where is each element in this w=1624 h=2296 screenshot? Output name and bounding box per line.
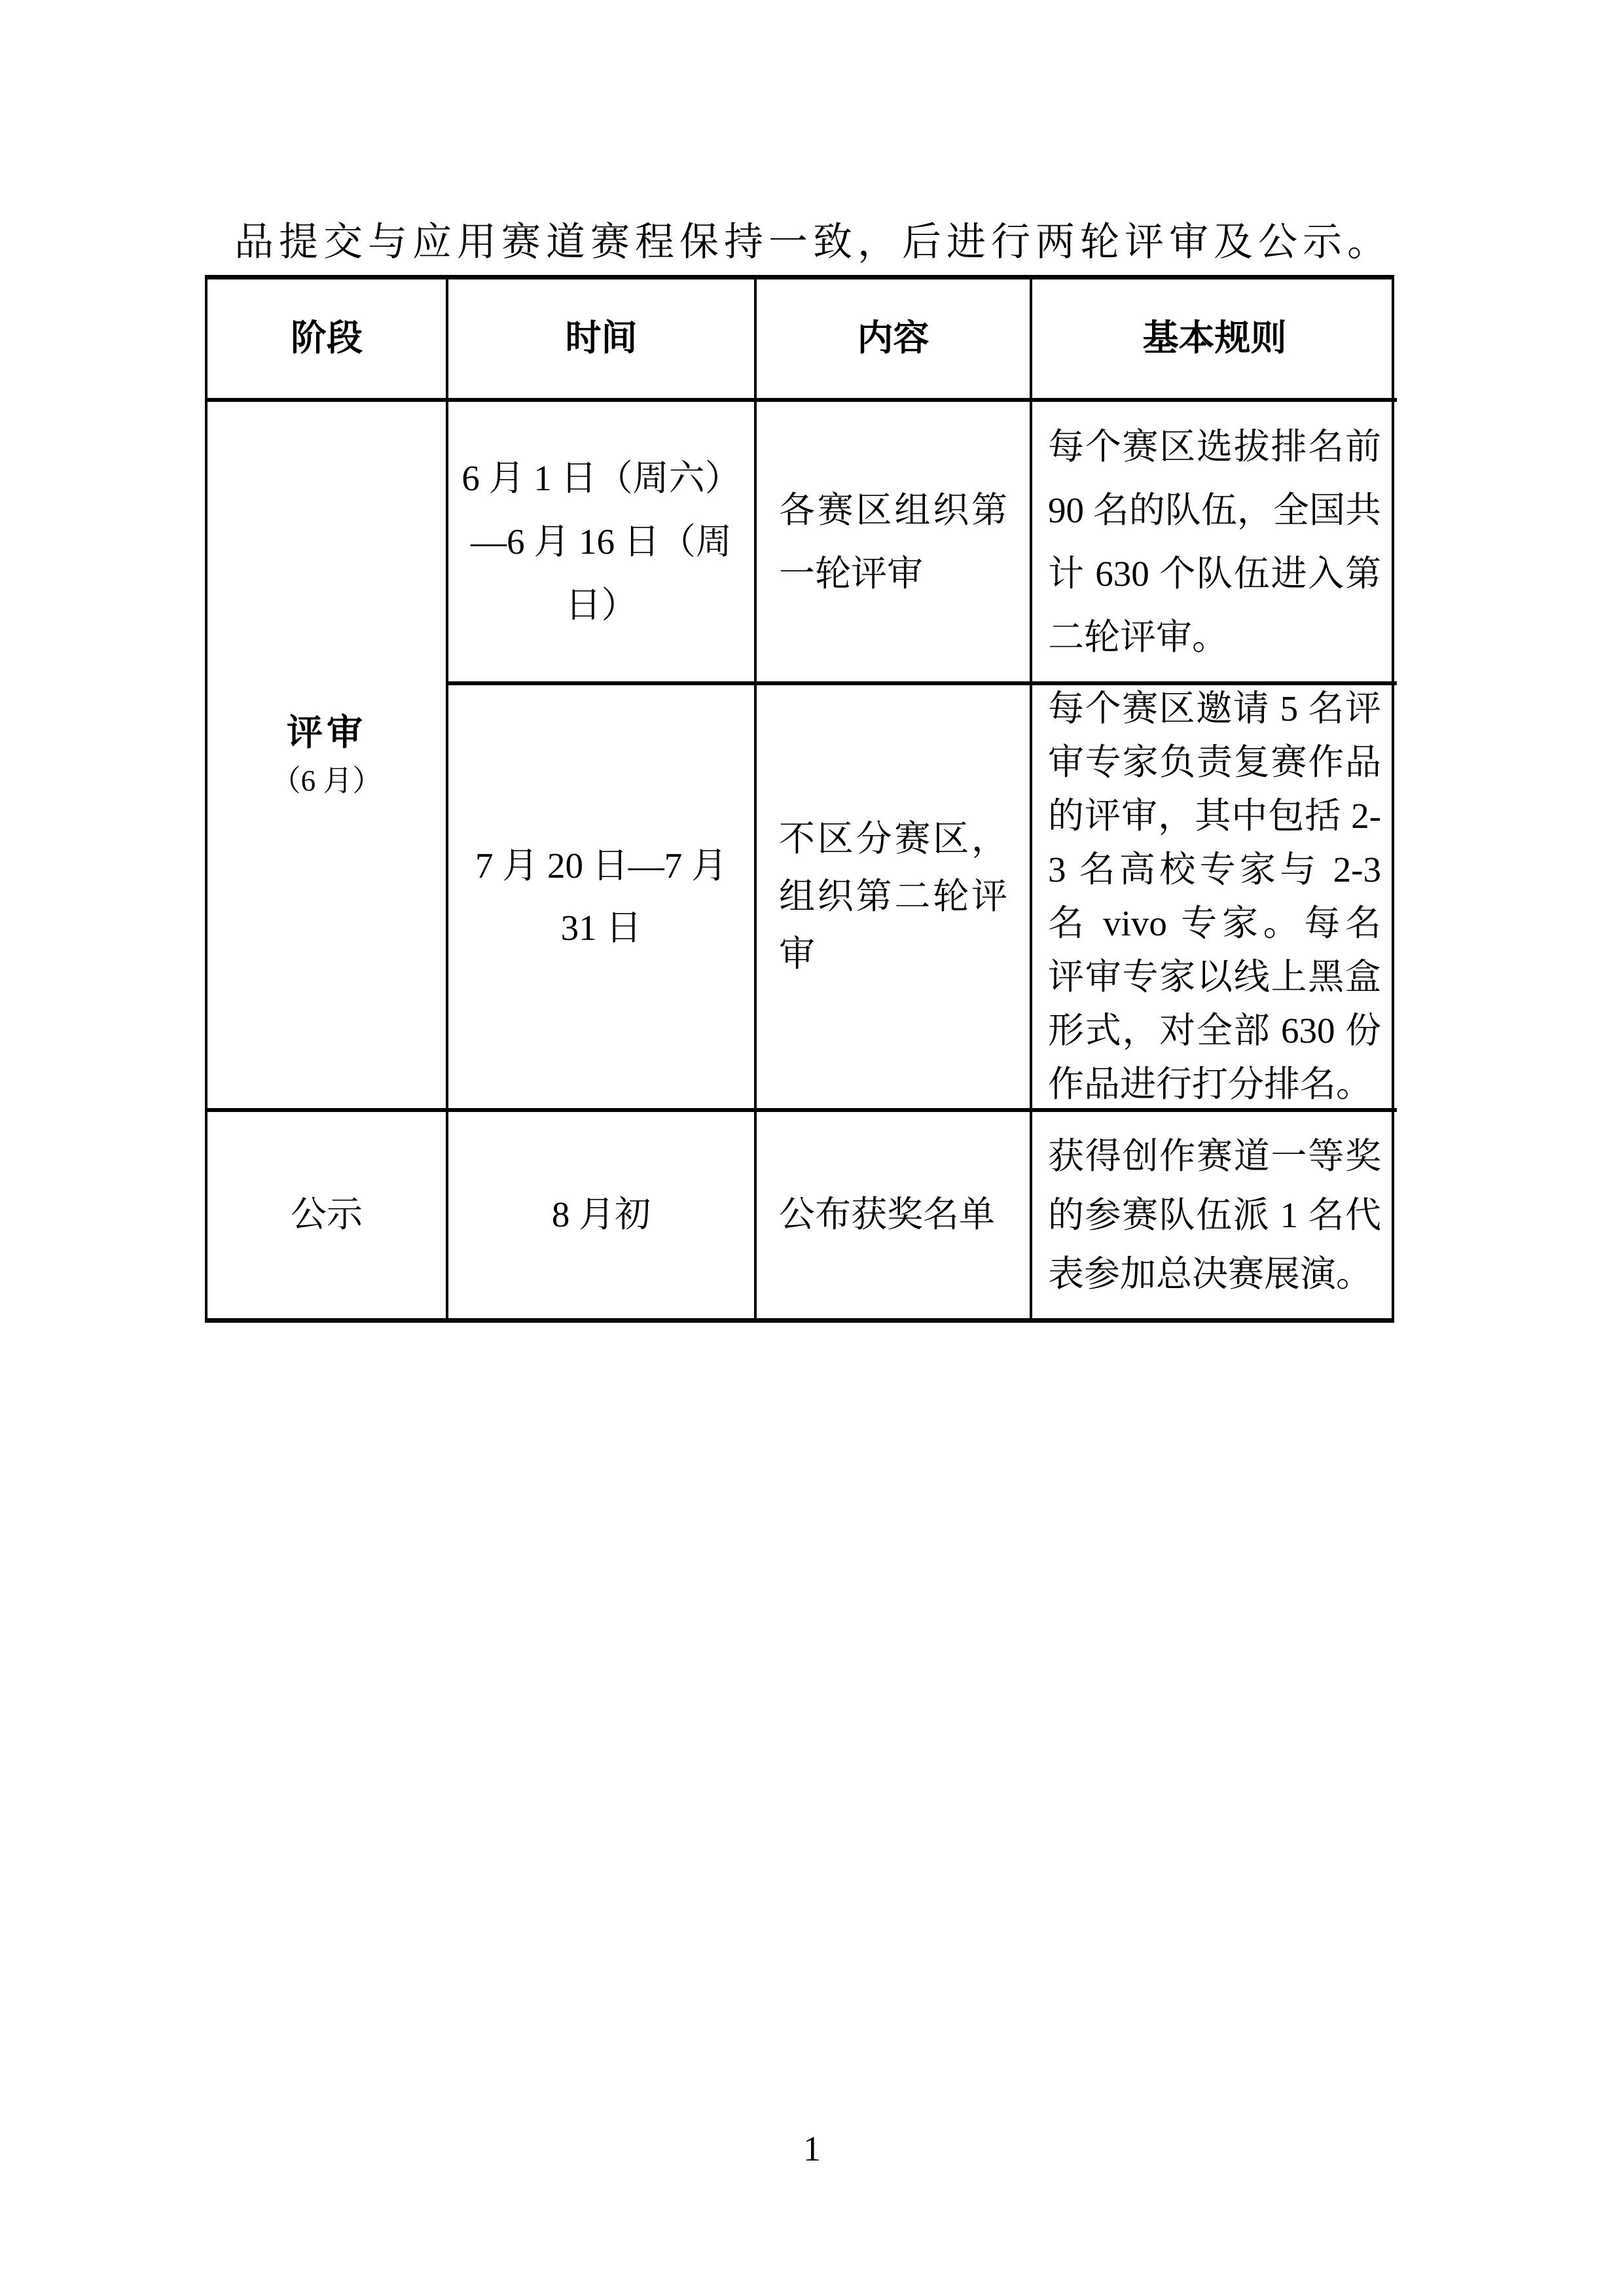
stage-review-label: 评审	[287, 713, 367, 753]
row2-content-cell: 不区分赛区，组织第二轮评审	[757, 685, 1032, 1112]
row3-stage-cell: 公示	[208, 1112, 448, 1318]
intro-text: 品提交与应用赛道赛程保持一致，后进行两轮评审及公示。	[234, 211, 1392, 267]
stage-review-note: （6 月）	[272, 764, 382, 797]
row2-time-cell: 7 月 20 日—7 月 31 日	[448, 685, 757, 1112]
page-number: 1	[0, 2128, 1624, 2169]
document-page: 品提交与应用赛道赛程保持一致，后进行两轮评审及公示。 阶段 时间 内容 基本规则…	[0, 0, 1624, 2296]
header-time: 时间	[448, 279, 757, 402]
row3-content-cell: 公布获奖名单	[757, 1112, 1032, 1318]
row1-rules-cell: 每个赛区选拔排名前 90 名的队伍，全国共计 630 个队伍进入第二轮评审。	[1032, 402, 1397, 685]
stage-review-cell: 评审 （6 月）	[208, 402, 448, 1112]
schedule-table: 阶段 时间 内容 基本规则 评审 （6 月） 6 月 1 日（周六）—6 月 1…	[205, 275, 1394, 1323]
header-stage: 阶段	[208, 279, 448, 402]
header-content: 内容	[757, 279, 1032, 402]
row1-content-cell: 各赛区组织第一轮评审	[757, 402, 1032, 685]
row3-time-cell: 8 月初	[448, 1112, 757, 1318]
row2-rules-cell: 每个赛区邀请 5 名评审专家负责复赛作品的评审，其中包括 2-3 名高校专家与 …	[1032, 685, 1397, 1112]
row3-rules-cell: 获得创作赛道一等奖的参赛队伍派 1 名代表参加总决赛展演。	[1032, 1112, 1397, 1318]
row1-time-cell: 6 月 1 日（周六）—6 月 16 日（周日）	[448, 402, 757, 685]
header-rules: 基本规则	[1032, 279, 1397, 402]
